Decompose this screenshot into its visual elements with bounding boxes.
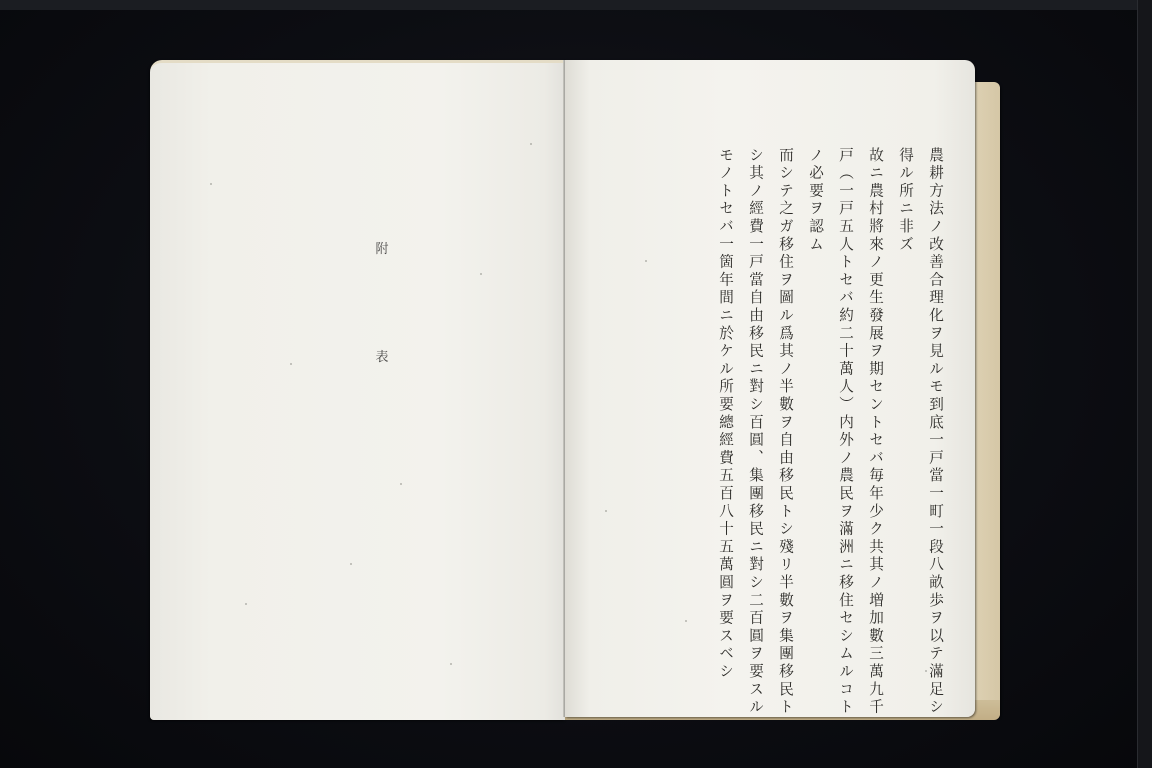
heading-char-2: 表 — [362, 346, 402, 365]
text-column-8: モノトセバ一箇年間ニ於ケル所要總經費五百八十五萬圓ヲ要スベシ — [710, 147, 740, 627]
paper-speck — [245, 603, 247, 605]
paper-speck — [210, 183, 212, 185]
paper-speck — [400, 483, 402, 485]
frame-top-edge — [0, 0, 1152, 10]
paper-speck — [480, 273, 482, 275]
frame-right-edge — [1137, 0, 1152, 768]
text-column-6: 而シテ之ガ移住ヲ圖ル爲其ノ半數ヲ自由移民トシ殘リ半數ヲ集團移民ト — [770, 147, 800, 627]
paper-speck — [350, 563, 352, 565]
paper-speck — [605, 510, 607, 512]
text-column-3: 故ニ農村將來ノ更生發展ヲ期セントセバ毎年少ク共其ノ増加數三萬九千 — [860, 147, 890, 627]
text-column-4: 戸（一戸五人トセバ約二十萬人）内外ノ農民ヲ滿洲ニ移住セシムルコト — [830, 147, 860, 627]
paper-speck — [290, 363, 292, 365]
paper-speck — [645, 260, 647, 262]
text-column-5: ノ必要ヲ認ム — [800, 147, 830, 627]
text-column-1: 農耕方法ノ改善合理化ヲ見ルモ到底一戸當一町一段八畝歩ヲ以テ滿足シ — [920, 147, 950, 627]
text-column-2: 得ル所ニ非ズ — [890, 147, 920, 627]
paper-speck — [685, 620, 687, 622]
left-page: 附 表 — [150, 60, 565, 720]
right-page-text-body: 農耕方法ノ改善合理化ヲ見ルモ到底一戸當一町一段八畝歩ヲ以テ滿足シ 得ル所ニ非ズ … — [710, 147, 950, 627]
text-column-7: シ其ノ經費一戸當自由移民ニ對シ百圓、集團移民ニ對シ二百圓ヲ要スル — [740, 147, 770, 627]
heading-char-1: 附 — [362, 238, 402, 257]
paper-speck — [530, 143, 532, 145]
paper-speck — [450, 663, 452, 665]
